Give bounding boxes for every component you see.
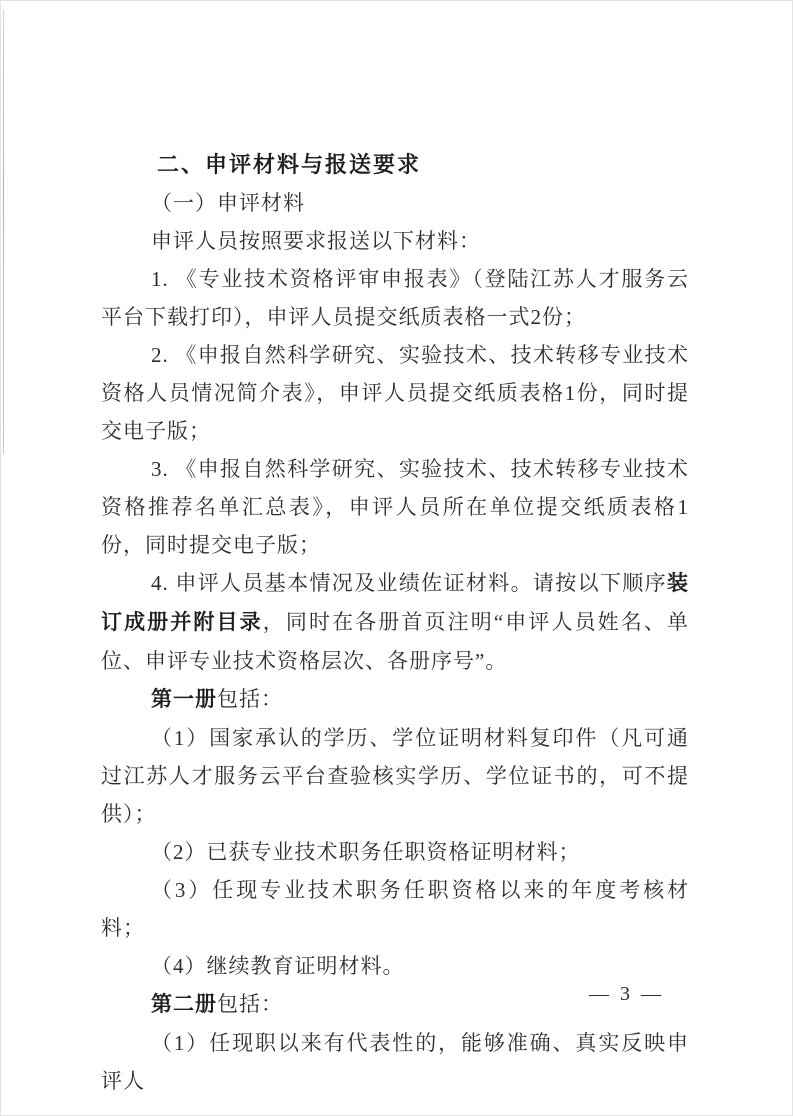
text-segment: 3. 《申报自然科学研究、实验技术、技术转移专业技术资格推荐名单汇总表》，申评人… bbox=[101, 457, 689, 557]
paragraph: （3）任现专业技术职务任职资格以来的年度考核材料； bbox=[101, 871, 689, 947]
document-body: （一）申评材料申评人员按照要求报送以下材料：1. 《专业技术资格评审申报表》（登… bbox=[101, 184, 689, 1100]
paragraph: 申评人员按照要求报送以下材料： bbox=[101, 222, 689, 260]
text-segment: 包括： bbox=[217, 687, 283, 711]
document-content: 二、申评材料与报送要求 （一）申评材料申评人员按照要求报送以下材料：1. 《专业… bbox=[101, 146, 689, 1100]
paragraph: （一）申评材料 bbox=[101, 184, 689, 222]
section-heading: 二、申评材料与报送要求 bbox=[101, 146, 689, 184]
page-number: — 3 — bbox=[589, 981, 664, 1007]
text-segment: 包括： bbox=[217, 992, 283, 1016]
paragraph: （4）继续教育证明材料。 bbox=[101, 947, 689, 985]
text-segment: 申评人员按照要求报送以下材料： bbox=[151, 229, 481, 253]
paragraph: （1）国家承认的学历、学位证明材料复印件（凡可通过江苏人才服务云平台查验核实学历… bbox=[101, 719, 689, 833]
text-segment: 4. 申评人员基本情况及业绩佐证材料。请按以下顺序 bbox=[151, 571, 667, 595]
bold-text-segment: 第一册 bbox=[151, 688, 217, 711]
bold-text-segment: 第二册 bbox=[151, 993, 217, 1016]
paragraph: （1）任现职以来有代表性的，能够准确、真实反映申评人 bbox=[101, 1024, 689, 1100]
text-segment: （1）国家承认的学历、学位证明材料复印件（凡可通过江苏人才服务云平台查验核实学历… bbox=[101, 726, 689, 826]
text-segment: （一）申评材料 bbox=[151, 191, 305, 215]
text-segment: （4）继续教育证明材料。 bbox=[151, 954, 405, 978]
text-segment: 1. 《专业技术资格评审申报表》（登陆江苏人才服务云平台下载打印），申评人员提交… bbox=[101, 267, 689, 329]
scanned-document-page: 二、申评材料与报送要求 （一）申评材料申评人员按照要求报送以下材料：1. 《专业… bbox=[0, 0, 793, 1116]
text-segment: （1）任现职以来有代表性的，能够准确、真实反映申评人 bbox=[101, 1031, 689, 1093]
text-segment: （3）任现专业技术职务任职资格以来的年度考核材料； bbox=[101, 878, 689, 940]
paragraph: 1. 《专业技术资格评审申报表》（登陆江苏人才服务云平台下载打印），申评人员提交… bbox=[101, 260, 689, 336]
paragraph: （2）已获专业技术职务任职资格证明材料； bbox=[101, 833, 689, 871]
paragraph: 3. 《申报自然科学研究、实验技术、技术转移专业技术资格推荐名单汇总表》，申评人… bbox=[101, 450, 689, 564]
paragraph: 第一册包括： bbox=[101, 680, 689, 719]
text-segment: （2）已获专业技术职务任职资格证明材料； bbox=[151, 840, 581, 864]
scan-edge-artifact bbox=[3, 9, 4, 454]
text-segment: 2. 《申报自然科学研究、实验技术、技术转移专业技术资格人员情况简介表》，申评人… bbox=[101, 343, 689, 443]
paragraph: 2. 《申报自然科学研究、实验技术、技术转移专业技术资格人员情况简介表》，申评人… bbox=[101, 336, 689, 450]
paragraph: 4. 申评人员基本情况及业绩佐证材料。请按以下顺序装订成册并附目录，同时在各册首… bbox=[101, 564, 689, 680]
